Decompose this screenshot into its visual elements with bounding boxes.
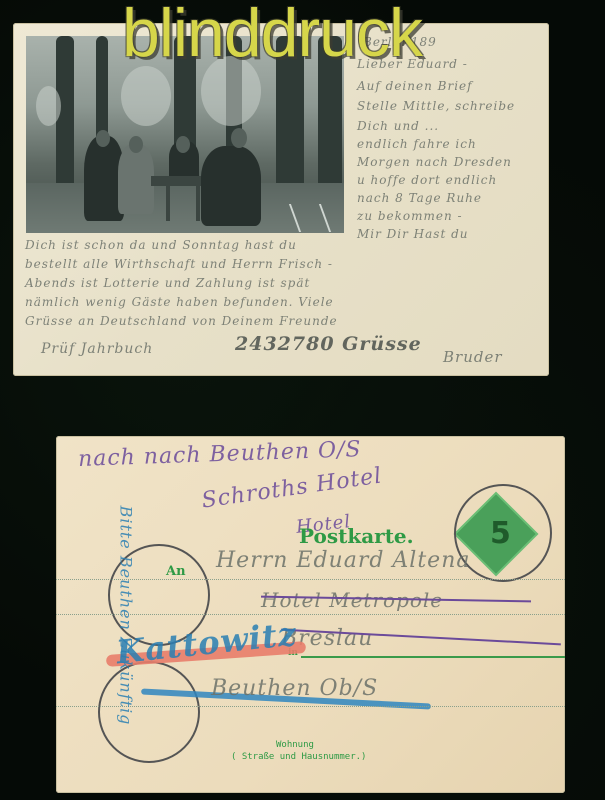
new-address: Beuthen Ob/S: [211, 676, 378, 701]
message-line: Morgen nach Dresden: [357, 155, 512, 169]
postmark-kattowitz: [98, 661, 200, 763]
postcard-front: Berlin 189 Lieber Eduard - Auf deinen Br…: [13, 23, 549, 376]
message-line: Dich und ...: [357, 119, 439, 133]
purple-forwarding-line: nach nach Beuthen O/S: [78, 437, 362, 472]
an-label: An: [166, 564, 186, 579]
message-line: bestellt alle Wirthschaft und Herrn Fris…: [25, 257, 333, 271]
postcard-back: nach nach Beuthen O/S Schroths Hotel Hot…: [56, 436, 565, 793]
blue-side-note: Bitte Beuthen Zukünftig: [116, 506, 135, 726]
blinddruck-watermark: blinddruck: [122, 0, 422, 72]
message-line: Grüsse an Deutschland von Deinem Freunde: [25, 314, 338, 328]
message-line: Dich ist schon da und Sonntag hast du: [25, 238, 297, 252]
message-line: Mir Dir Hast du: [357, 227, 469, 241]
address-name: Herrn Eduard Altena: [216, 548, 471, 573]
message-line: nach 8 Tage Ruhe: [357, 191, 482, 205]
postkarte-title: Postkarte.: [299, 524, 414, 548]
message-line: Abends ist Lotterie und Zahlung ist spät: [25, 276, 310, 290]
message-line: u hoffe dort endlich: [357, 173, 497, 187]
pencil-note: Prüf Jahrbuch: [41, 341, 153, 357]
signature: Bruder: [443, 348, 503, 366]
wohnung-sublabel: ( Straße und Hausnummer.): [231, 752, 366, 762]
wohnung-label: Wohnung: [276, 740, 314, 750]
purple-forwarding-line: Schroths Hotel: [200, 463, 384, 513]
message-line: Auf deinen Brief: [357, 79, 473, 93]
message-line: Stelle Mittle, schreibe: [357, 99, 515, 113]
message-line: zu bekommen -: [357, 209, 463, 223]
pencil-number: 2432780 Grüsse: [235, 333, 422, 355]
message-line: endlich fahre ich: [357, 137, 477, 151]
message-line: nämlich wenig Gäste haben befunden. Viel…: [25, 295, 334, 309]
